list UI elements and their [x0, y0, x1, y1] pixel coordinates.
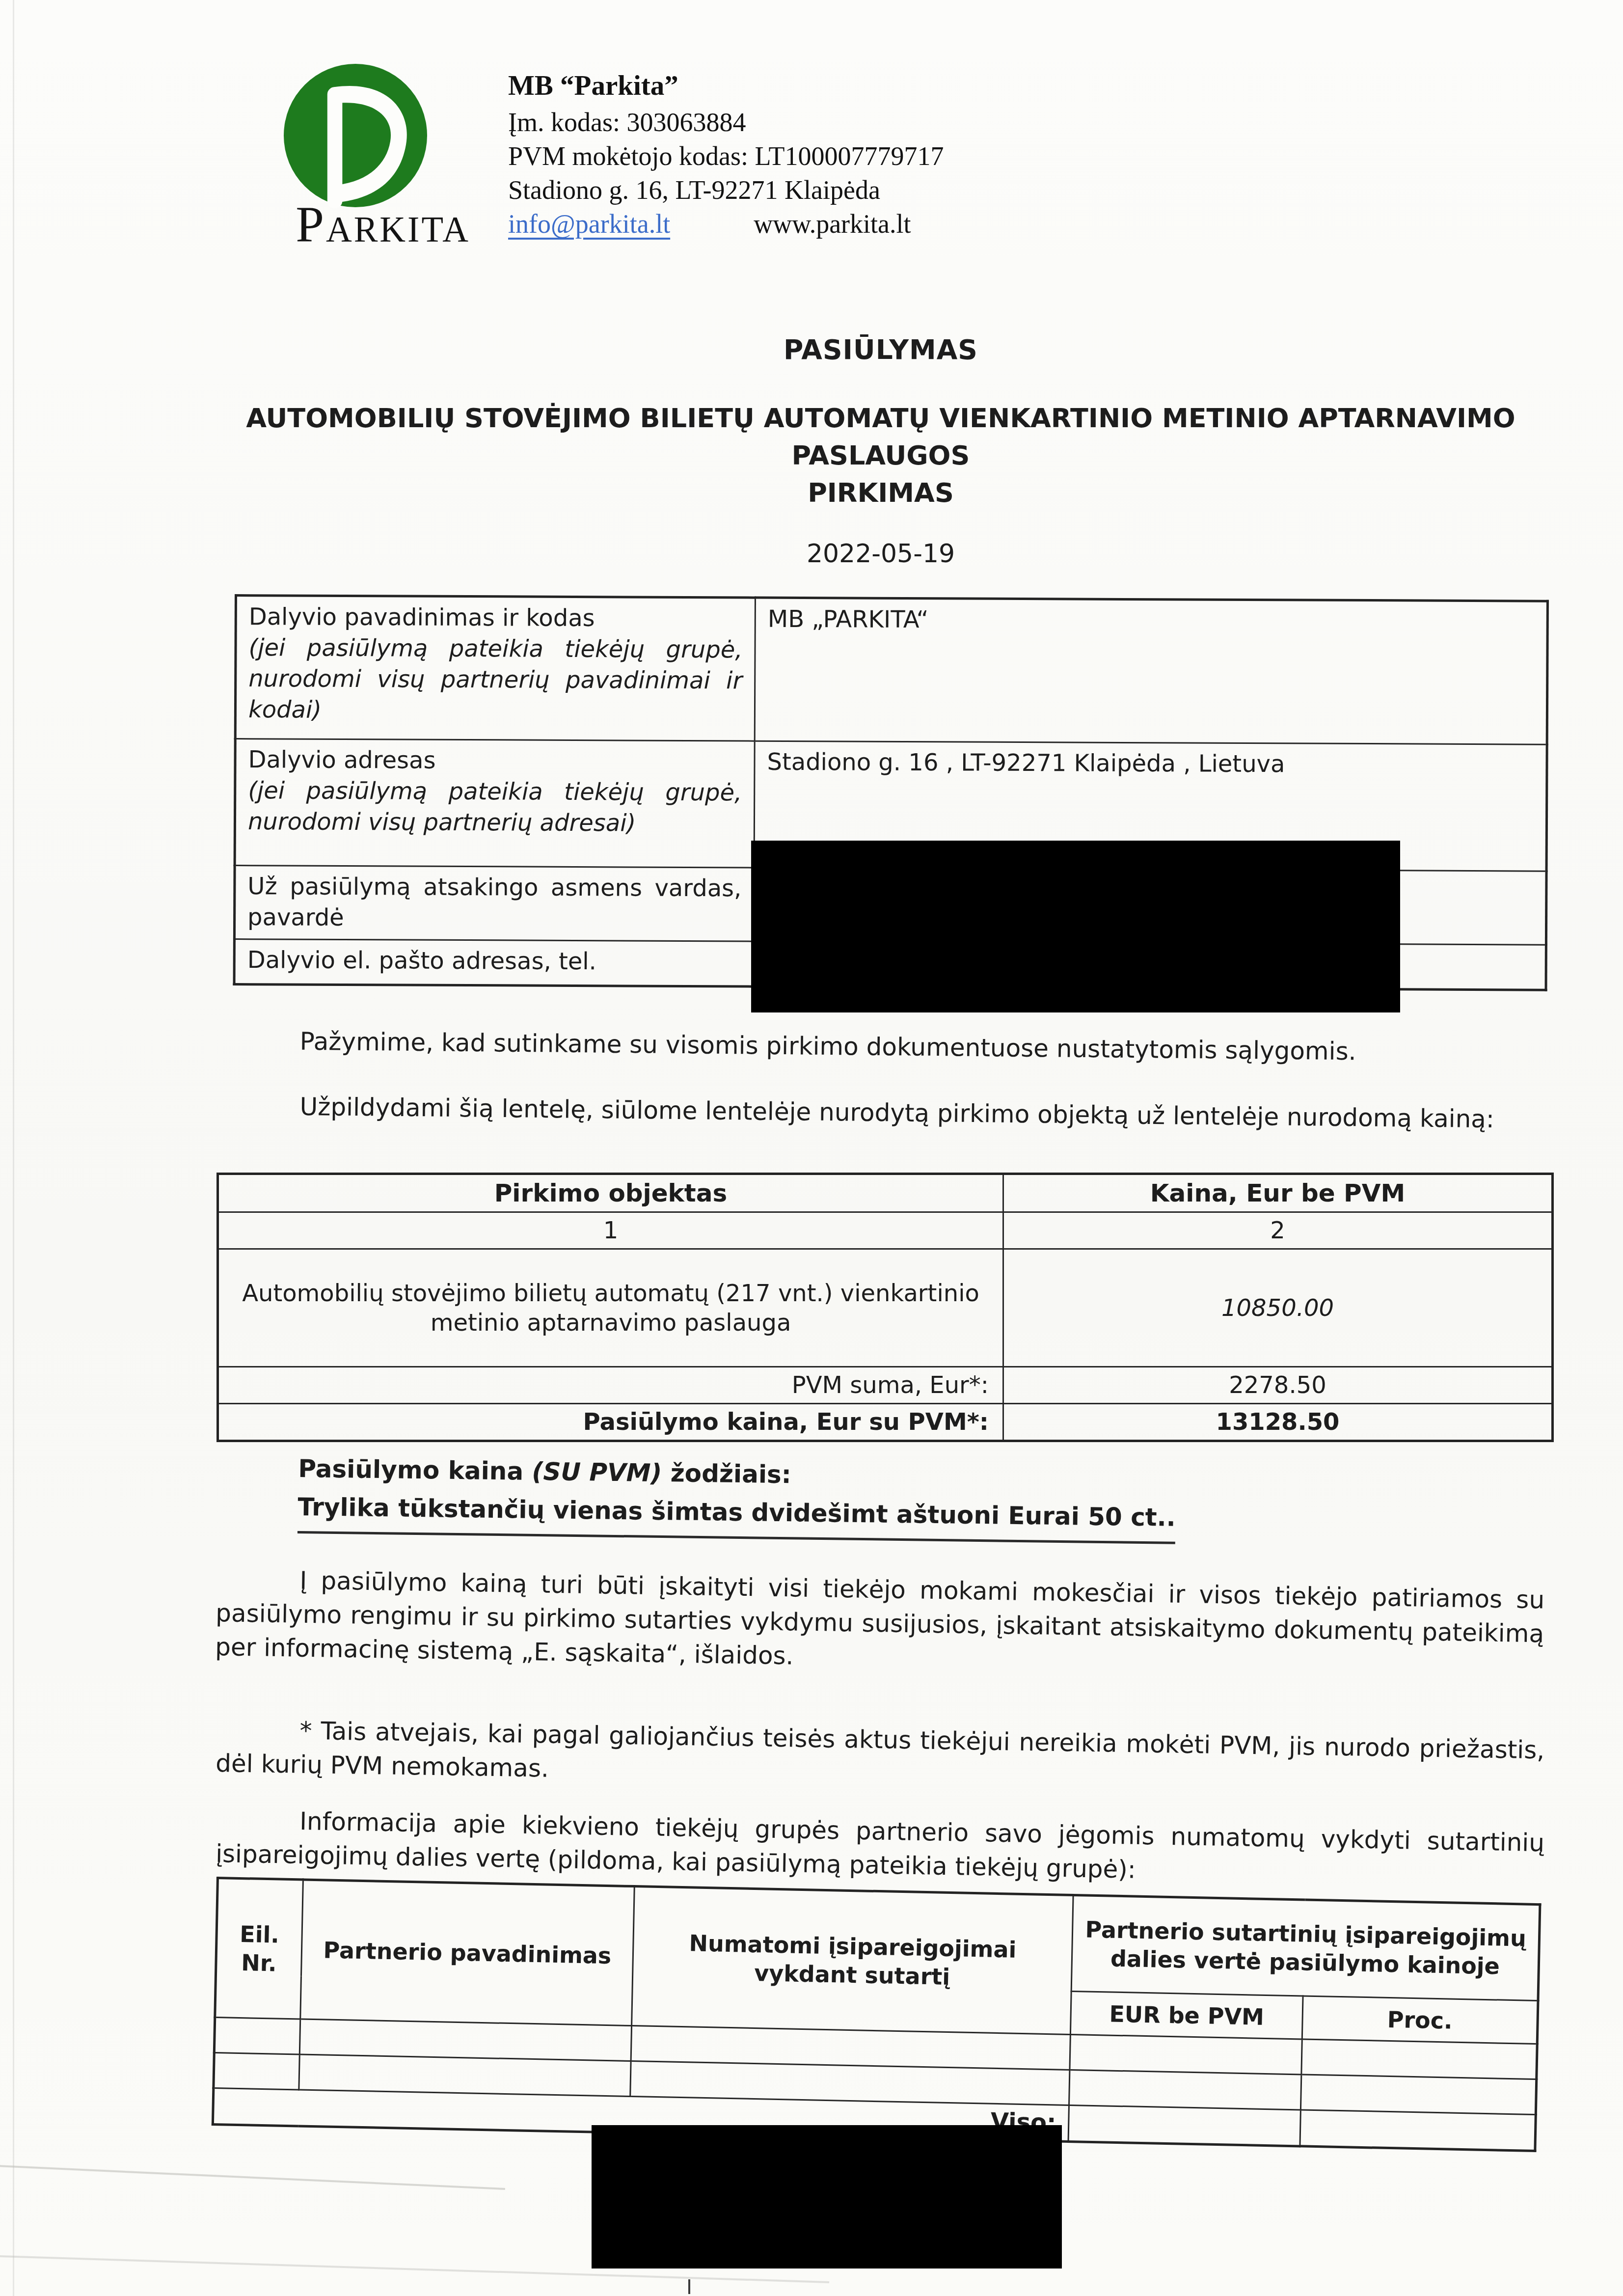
partner-obligations-table: Eil. Nr. Partnerio pavadinimas Numatomi …: [212, 1877, 1542, 2152]
subject-line-2: PASLAUGOS: [216, 437, 1545, 474]
redaction-box: [751, 841, 1400, 1012]
total-price-value: 13128.50: [1003, 1404, 1553, 1441]
participant-label-cell: Dalyvio el. pašto adresas, tel.: [234, 939, 754, 987]
paragraph-price-includes: Į pasiūlymo kainą turi būti įskaityti vi…: [215, 1562, 1545, 1685]
paragraph-vat-note: * Tais atvejais, kai pagal galiojančius …: [216, 1713, 1545, 1801]
redaction-box: [592, 2125, 1062, 2269]
participant-label-cell: Dalyvio adresas (jei pasiūlymą pateikia …: [235, 739, 755, 868]
col-header-obligations: Numatomi įsipareigojimai vykdant sutartį: [632, 1886, 1074, 2035]
scan-mark: [688, 2279, 690, 2294]
col-header-eil-nr: Eil. Nr.: [215, 1878, 303, 2019]
purchase-item-description: Automobilių stovėjimo bilietų automatų (…: [218, 1249, 1003, 1367]
paragraph-table-intro: Užpildydami šią lentelę, siūlome lentelė…: [216, 1089, 1545, 1137]
col-number-2: 2: [1003, 1212, 1553, 1249]
subject-line-1: AUTOMOBILIŲ STOVĖJIMO BILIETŲ AUTOMATŲ V…: [216, 400, 1545, 437]
subject-title: AUTOMOBILIŲ STOVĖJIMO BILIETŲ AUTOMATŲ V…: [216, 400, 1545, 512]
contact-line: info@parkita.ltwww.parkita.lt: [508, 207, 944, 241]
table-row: PVM suma, Eur*: 2278.50: [218, 1367, 1553, 1404]
empty-cell: [1068, 2105, 1300, 2146]
empty-cell: [214, 2052, 299, 2089]
su-pvm-emphasis: (SU PVM): [532, 1457, 662, 1487]
email-link[interactable]: info@parkita.lt: [508, 209, 670, 239]
price-col-header-object: Pirkimo objektas: [218, 1174, 1003, 1212]
parkita-leaf-logo-icon: [283, 63, 428, 210]
price-in-words-block: Pasiūlymo kaina (SU PVM) žodžiais: Tryli…: [298, 1449, 1176, 1544]
scan-edge-line: [13, 0, 14, 2296]
empty-cell: [299, 2019, 631, 2061]
row-label: Dalyvio adresas: [248, 744, 742, 777]
vat-sum-value: 2278.50: [1003, 1367, 1553, 1404]
price-table: Pirkimo objektas Kaina, Eur be PVM 1 2 A…: [216, 1173, 1554, 1442]
table-row: 1 2: [218, 1212, 1553, 1249]
empty-cell: [1300, 2075, 1536, 2115]
empty-cell: [1300, 2110, 1536, 2151]
logo-wordmark: Parkita: [255, 195, 511, 254]
row-label-note: (jei pasiūlymą pateikia tiekėjų grupė, n…: [248, 632, 743, 727]
total-price-label: Pasiūlymo kaina, Eur su PVM*:: [218, 1404, 1003, 1441]
table-row: Pasiūlymo kaina, Eur su PVM*: 13128.50: [218, 1404, 1553, 1441]
row-label: Dalyvio pavadinimas ir kodas: [249, 601, 743, 634]
scanned-document-page: Parkita MB “Parkita” Įm. kodas: 30306388…: [0, 0, 1623, 2296]
col-header-partner-name: Partnerio pavadinimas: [300, 1880, 635, 2025]
col-header-proc: Proc.: [1302, 1996, 1538, 2044]
table-row: Dalyvio pavadinimas ir kodas (jei pasiūl…: [235, 596, 1547, 745]
paragraph-agreement: Pažymime, kad sutinkame su visomis pirki…: [216, 1024, 1545, 1070]
table-row: Automobilių stovėjimo bilietų automatų (…: [218, 1249, 1553, 1367]
row-label-note: (jei pasiūlymą pateikia tiekėjų grupė, n…: [248, 775, 742, 839]
empty-cell: [1301, 2039, 1537, 2079]
table-header-row: Eil. Nr. Partnerio pavadinimas Numatomi …: [216, 1878, 1540, 2001]
company-header-block: MB “Parkita” Įm. kodas: 303063884 PVM mo…: [508, 69, 944, 241]
participant-label-cell: Dalyvio pavadinimas ir kodas (jei pasiūl…: [235, 596, 755, 741]
empty-cell: [1069, 2070, 1301, 2109]
empty-cell: [299, 2054, 631, 2097]
empty-cell: [1070, 2034, 1302, 2074]
col-number-1: 1: [218, 1212, 1003, 1249]
col-header-share-value-group: Partnerio sutartinių įsipareigojimų dali…: [1071, 1895, 1540, 2001]
participant-value-cell: MB „PARKITA“: [755, 598, 1547, 744]
company-name: MB “Parkita”: [508, 69, 944, 103]
item-price-value: 10850.00: [1003, 1249, 1553, 1367]
company-address: Stadiono g. 16, LT-92271 Klaipėda: [508, 173, 944, 207]
website-text: www.parkita.lt: [754, 209, 911, 239]
company-code: Įm. kodas: 303063884: [508, 106, 944, 139]
scan-crease-line: [0, 2164, 505, 2190]
empty-cell: [214, 2017, 300, 2054]
vat-sum-label: PVM suma, Eur*:: [218, 1367, 1003, 1404]
document-type-title: PASIŪLYMAS: [216, 334, 1545, 365]
price-col-header-price: Kaina, Eur be PVM: [1003, 1174, 1553, 1212]
subject-line-3: PIRKIMAS: [216, 474, 1545, 512]
participant-label-cell: Už pasiūlymą atsakingo asmens vardas, pa…: [234, 866, 754, 942]
table-row: Pirkimo objektas Kaina, Eur be PVM: [218, 1174, 1553, 1212]
document-date: 2022-05-19: [216, 539, 1545, 569]
col-header-eur-be-pvm: EUR be PVM: [1070, 1991, 1303, 2039]
vat-code: PVM mokėtojo kodas: LT100007779717: [508, 139, 944, 173]
